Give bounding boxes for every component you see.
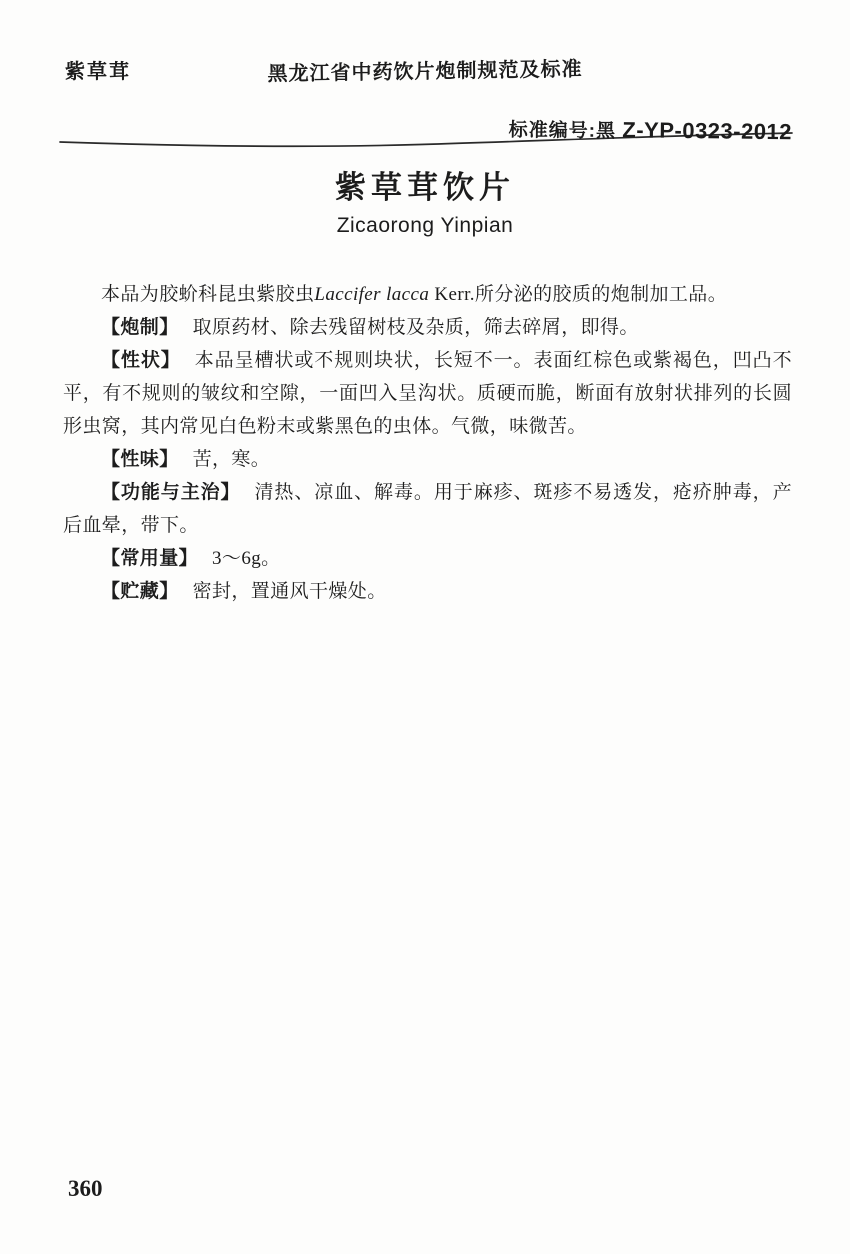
section-xingzhuang: 【性状】本品呈槽状或不规则块状，长短不一。表面红棕色或紫褐色，凹凸不平，有不规则… — [63, 344, 792, 443]
section-xingwei-text: 苦，寒。 — [193, 449, 271, 470]
intro-post: 所分泌的胶质的炮制加工品。 — [475, 284, 727, 305]
section-zhucang: 【贮藏】密封，置通风干燥处。 — [63, 575, 792, 608]
body-block: 本品为胶蚧科昆虫紫胶虫Laccifer lacca Kerr.所分泌的胶质的炮制… — [0, 278, 850, 608]
intro-pre: 本品为胶蚧科昆虫紫胶虫 — [101, 284, 314, 305]
section-gongneng: 【功能与主治】清热、凉血、解毒。用于麻疹、斑疹不易透发，疮疥肿毒，产后血晕，带下… — [63, 476, 792, 542]
section-paozhi: 【炮制】取原药材、除去残留树枝及杂质，筛去碎屑，即得。 — [63, 311, 792, 344]
page-title: 紫草茸饮片 — [0, 162, 850, 207]
section-xingwei-label: 【性味】 — [101, 449, 179, 470]
intro-latin-name: Laccifer lacca — [314, 284, 429, 305]
section-changyongliang-label: 【常用量】 — [101, 548, 198, 569]
section-changyongliang-text: 3～6g。 — [212, 548, 281, 569]
section-paozhi-text: 取原药材、除去残留树枝及杂质，筛去碎屑，即得。 — [193, 317, 639, 338]
page-number: 360 — [68, 1176, 103, 1202]
section-zhucang-text: 密封，置通风干燥处。 — [193, 581, 387, 602]
document-page: 紫草茸 黑龙江省中药饮片炮制规范及标准 标准编号:黑 Z-YP-0323-201… — [0, 0, 850, 1254]
running-header: 紫草茸 黑龙江省中药饮片炮制规范及标准 — [0, 55, 850, 81]
section-xingzhuang-label: 【性状】 — [101, 350, 181, 371]
intro-paragraph: 本品为胶蚧科昆虫紫胶虫Laccifer lacca Kerr.所分泌的胶质的炮制… — [63, 278, 792, 311]
section-zhucang-label: 【贮藏】 — [101, 581, 179, 602]
intro-latin-author: Kerr. — [429, 284, 475, 305]
section-gongneng-label: 【功能与主治】 — [101, 482, 241, 503]
section-xingwei: 【性味】苦，寒。 — [63, 443, 792, 476]
section-changyongliang: 【常用量】3～6g。 — [63, 542, 792, 575]
standard-number-label: 标准编号:黑 — [509, 120, 623, 142]
title-pinyin: Zicaorong Yinpian — [0, 214, 850, 238]
section-paozhi-label: 【炮制】 — [101, 317, 179, 338]
standard-number-code: Z-YP-0323-2012 — [622, 117, 792, 144]
